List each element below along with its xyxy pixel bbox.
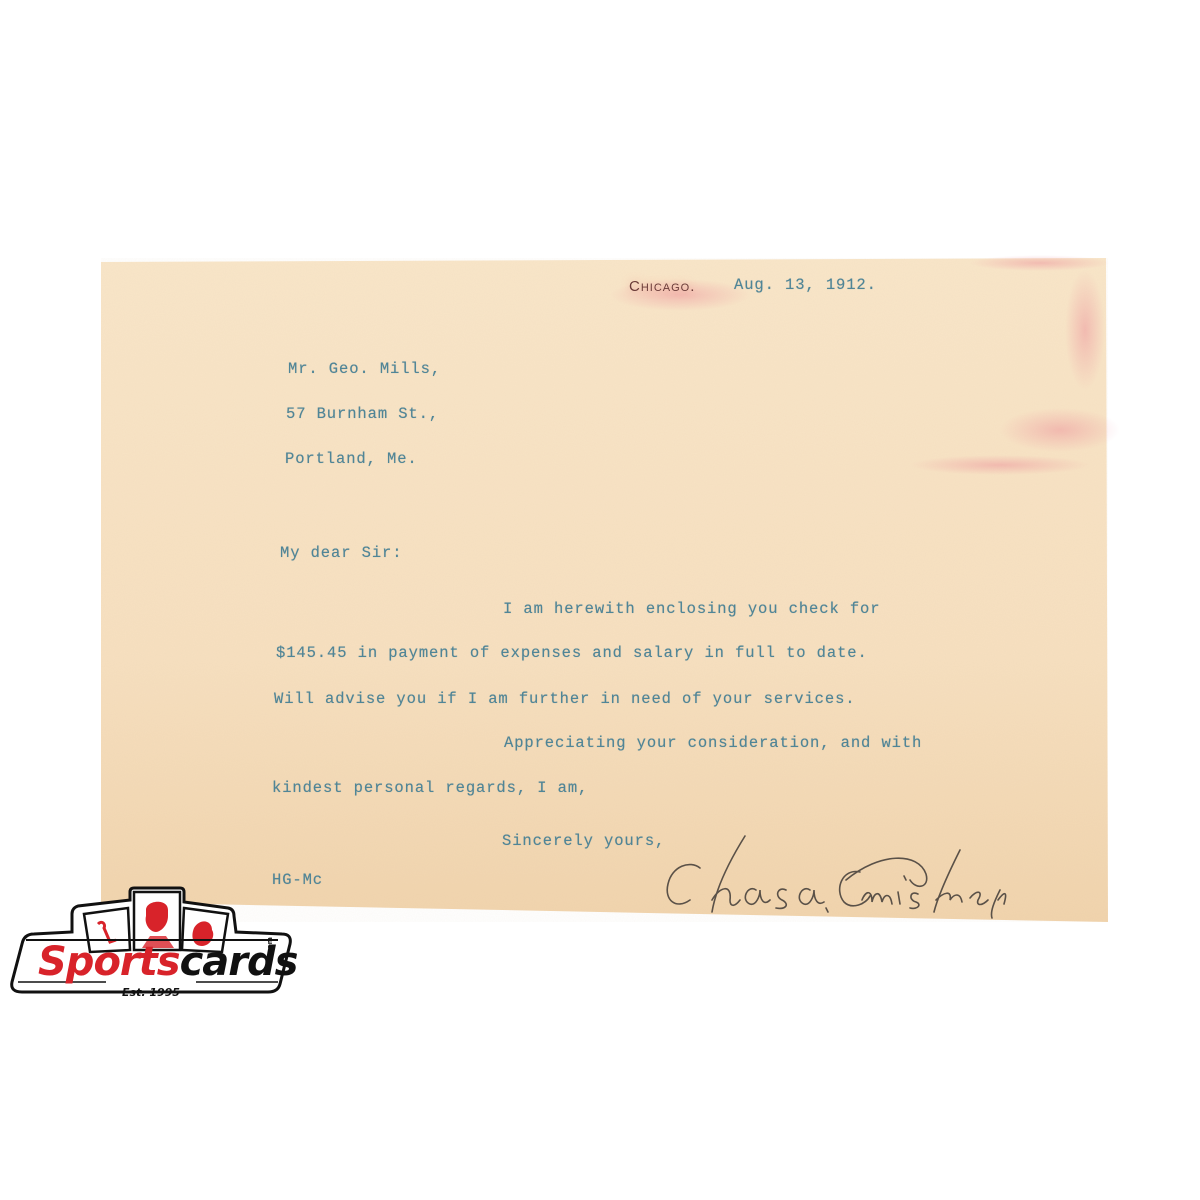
body-line-4: Appreciating your consideration, and wit… bbox=[504, 736, 922, 752]
body-line-1: I am herewith enclosing you check for bbox=[503, 602, 880, 618]
closing: Sincerely yours, bbox=[502, 834, 665, 850]
sportscards-logo: Sportscards .com Est. 1995 bbox=[6, 880, 296, 1005]
body-line-2: $145.45 in payment of expenses and salar… bbox=[276, 646, 868, 662]
body-line-3: Will advise you if I am further in need … bbox=[274, 692, 856, 708]
recipient-street: 57 Burnham St., bbox=[286, 407, 439, 423]
salutation: My dear Sir: bbox=[280, 546, 402, 562]
logo-wordmark: Sportscards bbox=[38, 942, 297, 982]
letterhead-city: Chicago. bbox=[629, 278, 695, 295]
recipient-name: Mr. Geo. Mills, bbox=[288, 362, 441, 378]
recipient-city: Portland, Me. bbox=[285, 452, 418, 468]
letter-date: Aug. 13, 1912. bbox=[734, 278, 877, 294]
logo-tagline: Est. 1995 bbox=[6, 986, 296, 999]
logo-suffix: .com bbox=[266, 937, 274, 956]
body-line-5: kindest personal regards, I am, bbox=[272, 781, 588, 797]
